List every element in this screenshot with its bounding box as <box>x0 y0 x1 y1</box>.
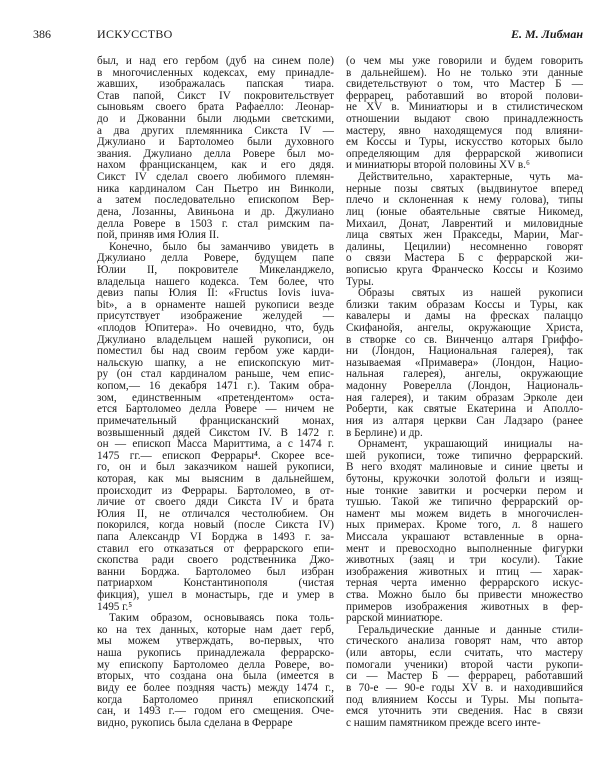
text-line: пой, приняв имя Юлия II. <box>97 230 334 242</box>
text-line: дена, Лозанны, Авиньона и др. Джулиано <box>97 207 334 219</box>
text-line: емся уточнить эти сведения. Нас в связи <box>346 706 583 718</box>
text-line: фикция), ушел в монастырь, где и умер в <box>97 590 334 602</box>
text-line: Юлии II, покровителе Микеланджело, <box>97 265 334 277</box>
text-line: он — епископ Масса Мариттима, а с 1474 г… <box>97 439 334 451</box>
text-line: видно, рукопись была сделана в Ферраре <box>97 718 334 730</box>
text-line: был, и над его гербом (дуб на синем поле… <box>97 56 334 68</box>
section-title: ИСКУССТВО <box>97 27 173 42</box>
running-header: 386 ИСКУССТВО Е. М. Либман <box>0 27 600 43</box>
left-text-column: был, и над его гербом (дуб на синем поле… <box>97 56 334 729</box>
text-line: вописью круга Франческо Коссы и Козимо <box>346 265 583 277</box>
text-line: мадонну Роверелла (Лондон, Националь- <box>346 381 583 393</box>
text-line: ния из алтаря церкви Сан Ладзаро (ранее <box>346 416 583 428</box>
text-line: лиц (юные обаятельные святые Никомед, <box>346 207 583 219</box>
text-line: «плодов Юпитера». Но очевидно, что, будь <box>97 323 334 335</box>
paragraph: Геральдические данные и данные стили-сти… <box>346 625 583 729</box>
text-line: в 70-е — 90-е годы XV в. и находившийся <box>346 683 583 695</box>
text-line: папа Александр VI Борджа в 1493 г. за- <box>97 532 334 544</box>
text-line: Орнамент, украшающий инициалы на- <box>346 439 583 451</box>
text-line: до и Джованни были людьми светскими, <box>97 114 334 126</box>
right-text-column: (о чем мы уже говорили и будем говоритьв… <box>346 56 583 729</box>
text-line: ства. Можно было бы привести множество <box>346 590 583 602</box>
text-line: (или авторы, если считать, что мастеру <box>346 648 583 660</box>
text-line: (о чем мы уже говорили и будем говорить <box>346 56 583 68</box>
paragraph: Орнамент, украшающий инициалы на-шей рук… <box>346 439 583 625</box>
text-line: Скифанойя, ангелы, окружающие Христа, <box>346 323 583 335</box>
paragraph: Таким образом, основываясь пока толь-ко … <box>97 613 334 729</box>
text-line: виду ее более поздняя часть) между 1474 … <box>97 683 334 695</box>
text-line: лица святых жен Пракседы, Марии, Маг- <box>346 230 583 242</box>
text-line: Действительно, характерные, чуть ма- <box>346 172 583 184</box>
text-line: отношении выдают свою принадлежность <box>346 114 583 126</box>
text-line: наша рукопись принадлежала феррарско- <box>97 648 334 660</box>
text-line: которая, как мы выясним в дальнейшем, <box>97 474 334 486</box>
text-line: с нашим памятником прежде всего инте- <box>346 718 583 730</box>
author-name: Е. М. Либман <box>511 27 583 42</box>
text-line: примечательный францисканский монах, <box>97 416 334 428</box>
page-number: 386 <box>33 27 51 42</box>
paragraph: (о чем мы уже говорили и будем говоритьв… <box>346 56 583 172</box>
paragraph: Образы святых из нашей рукописиблизки та… <box>346 288 583 439</box>
text-line: сан, и 1493 г.— годом его смещения. Оче- <box>97 706 334 718</box>
paragraph: Конечно, было бы заманчиво увидеть вДжул… <box>97 242 334 614</box>
text-line: Миссала украшают вставленные в орна- <box>346 532 583 544</box>
text-line: бутоны, кружочки золотой фольги и изящ- <box>346 474 583 486</box>
text-line: Сикст IV сделал своего любимого племян- <box>97 172 334 184</box>
text-line: копом,— 16 декабря 1471 г.). Таким обра- <box>97 381 334 393</box>
paragraph: Действительно, характерные, чуть ма-нерн… <box>346 172 583 288</box>
paragraph: был, и над его гербом (дуб на синем поле… <box>97 56 334 242</box>
